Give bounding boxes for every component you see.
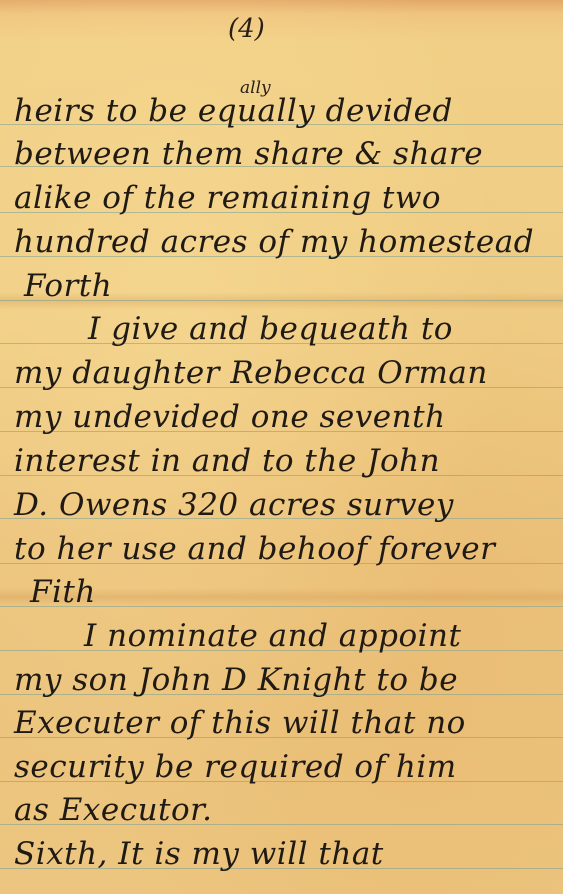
text-line: security be required of him (14, 752, 457, 783)
manuscript-page: (4) ally heirs to be equally devided bet… (0, 0, 563, 894)
text-line: D. Owens 320 acres survey (14, 490, 454, 521)
page-number: (4) (228, 14, 265, 44)
text-line: hundred acres of my homestead (14, 227, 534, 258)
text-line: I give and bequeath to (88, 314, 453, 345)
text-line: alike of the remaining two (14, 183, 441, 214)
section-heading: Forth (24, 271, 112, 302)
scan-margin (563, 0, 576, 894)
text-line: as Executor. (14, 795, 212, 826)
text-line: I nominate and appoint (84, 621, 461, 652)
section-heading: Sixth, It is my will that (14, 839, 384, 870)
text-line: heirs to be equally devided (14, 96, 453, 127)
section-heading: Fith (30, 577, 96, 608)
text-line: to her use and behoof forever (14, 534, 495, 565)
text-line: between them share & share (14, 139, 483, 170)
text-line: my undevided one seventh (14, 402, 446, 433)
text-line: my son John D Knight to be (14, 665, 458, 696)
text-line: Executer of this will that no (14, 708, 466, 739)
text-line: my daughter Rebecca Orman (14, 358, 488, 389)
text-line: interest in and to the John (14, 446, 440, 477)
